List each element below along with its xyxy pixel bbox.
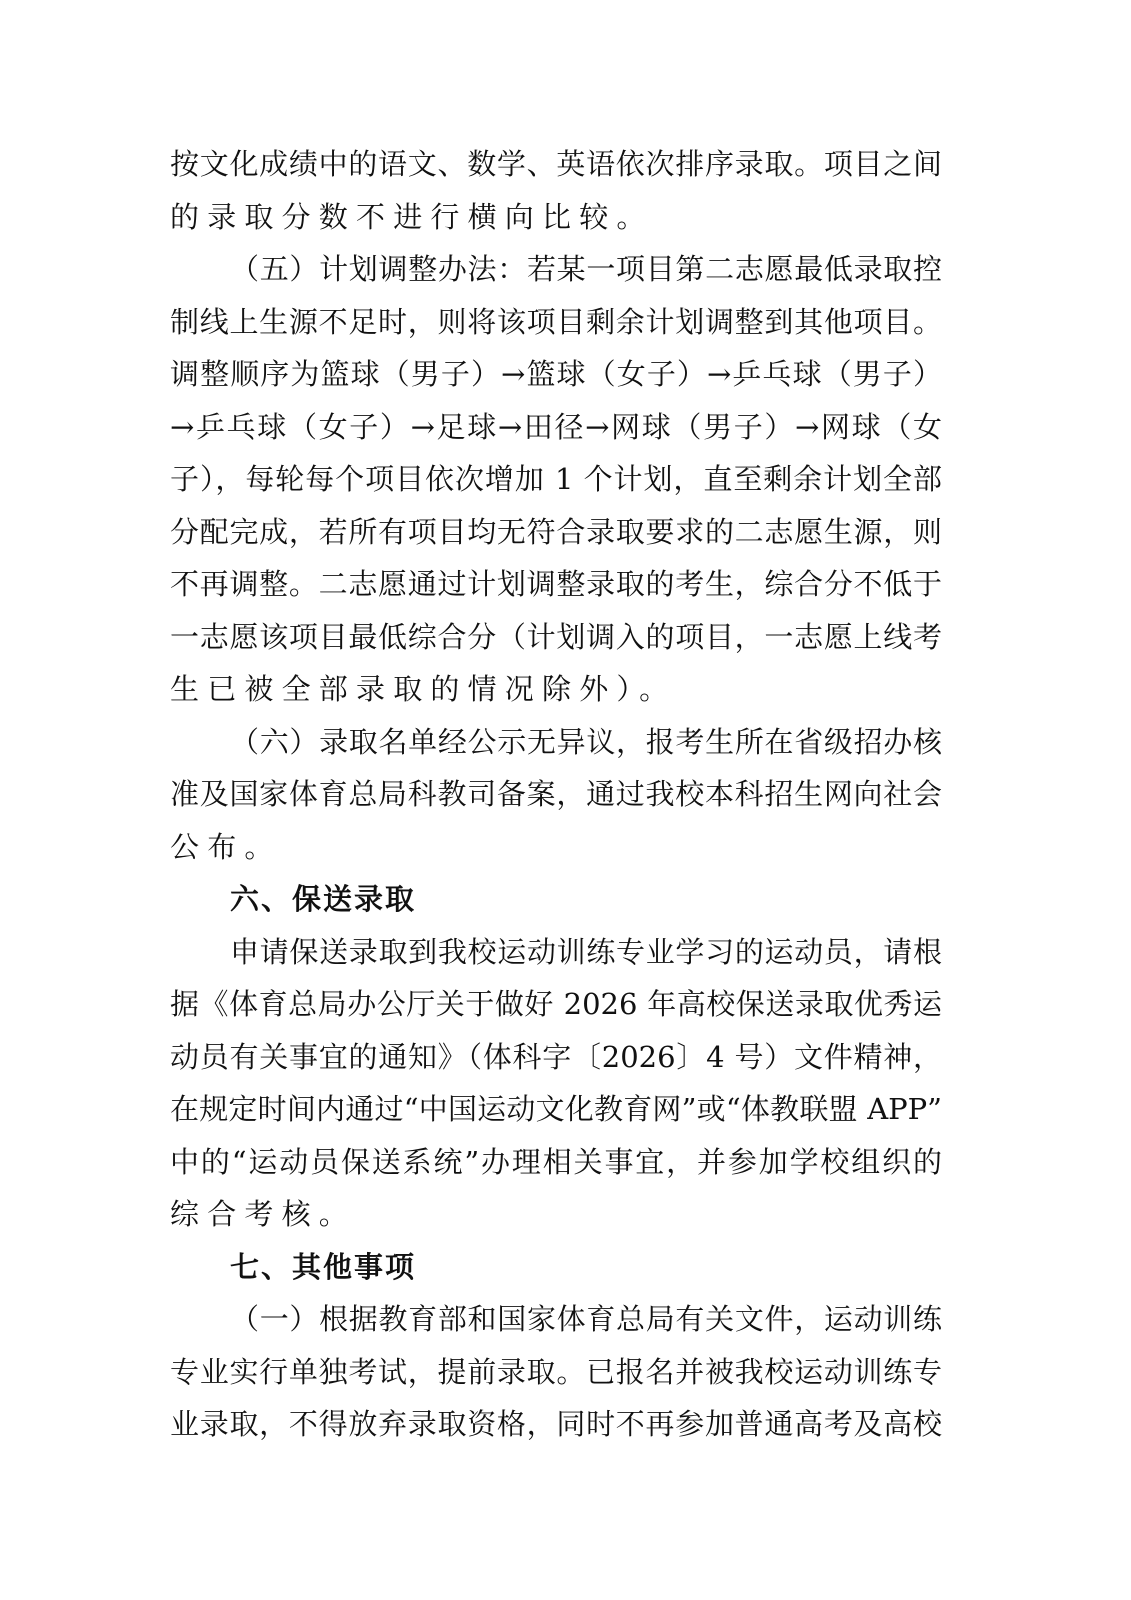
text-line: 公布。 (170, 821, 942, 874)
text-line: 专业实行单独考试，提前录取。已报名并被我校运动训练专 (170, 1346, 942, 1399)
section-heading-recommended-admission: 六、保送录取 (170, 873, 942, 926)
text-line: （五）计划调整办法：若某一项目第二志愿最低录取控 (170, 243, 942, 296)
text-line: 申请保送录取到我校运动训练专业学习的运动员，请根 (170, 926, 942, 979)
text-line: 在规定时间内通过“中国运动文化教育网”或“体教联盟 APP” (170, 1083, 942, 1136)
text-line: 调整顺序为篮球（男子）→篮球（女子）→乒乓球（男子） (170, 348, 942, 401)
document-page: 按文化成绩中的语文、数学、英语依次排序录取。项目之间 的录取分数不进行横向比较。… (170, 138, 942, 1451)
text-line: 准及国家体育总局科教司备案，通过我校本科招生网向社会 (170, 768, 942, 821)
text-line: 综合考核。 (170, 1188, 942, 1241)
text-line: 据《体育总局办公厅关于做好 2026 年高校保送录取优秀运 (170, 978, 942, 1031)
text-line: 动员有关事宜的通知》（体科字〔2026〕4 号）文件精神， (170, 1031, 942, 1084)
text-line: 制线上生源不足时，则将该项目剩余计划调整到其他项目。 (170, 296, 942, 349)
text-line: 不再调整。二志愿通过计划调整录取的考生，综合分不低于 (170, 558, 942, 611)
text-line: →乒乓球（女子）→足球→田径→网球（男子）→网球（女 (170, 401, 942, 454)
text-line: 生已被全部录取的情况除外）。 (170, 663, 942, 716)
text-line: （一）根据教育部和国家体育总局有关文件，运动训练 (170, 1293, 942, 1346)
text-line: （六）录取名单经公示无异议，报考生所在省级招办核 (170, 716, 942, 769)
text-line: 一志愿该项目最低综合分（计划调入的项目，一志愿上线考 (170, 611, 942, 664)
text-line: 业录取，不得放弃录取资格，同时不再参加普通高考及高校 (170, 1398, 942, 1451)
text-line: 中的“运动员保送系统”办理相关事宜，并参加学校组织的 (170, 1136, 942, 1189)
text-line: 分配完成，若所有项目均无符合录取要求的二志愿生源，则 (170, 506, 942, 559)
text-line: 子），每轮每个项目依次增加 1 个计划，直至剩余计划全部 (170, 453, 942, 506)
text-line: 的录取分数不进行横向比较。 (170, 191, 942, 244)
text-line: 按文化成绩中的语文、数学、英语依次排序录取。项目之间 (170, 138, 942, 191)
section-heading-other-matters: 七、其他事项 (170, 1241, 942, 1294)
